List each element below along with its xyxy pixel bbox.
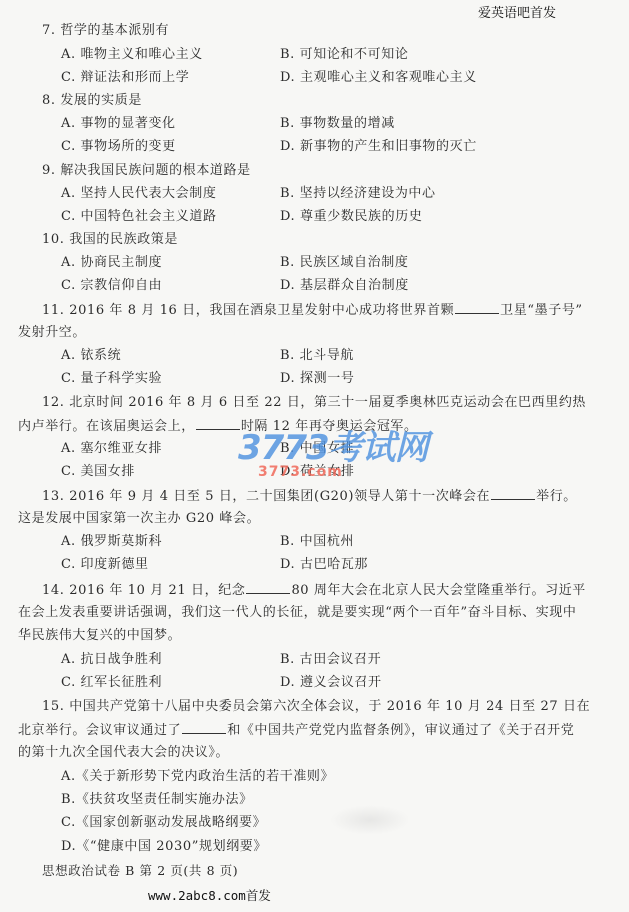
- question-10-option-c: C. 宗教信仰自由: [61, 277, 162, 295]
- question-9-option-a: A. 坚持人民代表大会制度: [61, 185, 216, 203]
- answer-blank: [455, 301, 499, 314]
- question-11-stem-line2: 发射升空。: [18, 324, 86, 342]
- question-7-option-c: C. 辩证法和形而上学: [61, 69, 189, 87]
- site-watermark: www.2abc8.com首发: [148, 886, 271, 904]
- question-9-stem: 9. 解决我国民族问题的根本道路是: [42, 162, 251, 180]
- question-7-stem: 7. 哲学的基本派别有: [42, 22, 169, 40]
- question-9-option-b: B. 坚持以经济建设为中心: [280, 185, 436, 203]
- question-13-option-c: C. 印度新德里: [61, 556, 149, 574]
- question-14-option-a: A. 抗日战争胜利: [61, 651, 162, 669]
- question-7-option-a: A. 唯物主义和唯心主义: [61, 46, 203, 64]
- question-10-stem: 10. 我国的民族政策是: [42, 231, 178, 249]
- scan-smudge: [330, 805, 410, 835]
- question-11-option-c: C. 量子科学实验: [61, 370, 162, 388]
- question-15-option-d: D.《“健康中国 2030”规划纲要》: [61, 838, 267, 856]
- answer-blank: [196, 417, 240, 430]
- question-8-stem: 8. 发展的实质是: [42, 92, 142, 110]
- question-15-option-b: B.《扶贫攻坚责任制实施办法》: [61, 791, 253, 809]
- question-15-option-c: C.《国家创新驱动发展战略纲要》: [61, 814, 266, 832]
- question-8-option-d: D. 新事物的产生和旧事物的灭亡: [280, 138, 477, 156]
- question-13-option-a: A. 俄罗斯莫斯科: [61, 533, 162, 551]
- question-13-option-b: B. 中国杭州: [280, 533, 354, 551]
- question-7-option-b: B. 可知论和不可知论: [280, 46, 408, 64]
- header-watermark: 爱英语吧首发: [478, 2, 556, 21]
- question-14-stem-line3: 华民族伟大复兴的中国梦。: [18, 627, 181, 645]
- question-11-stem-before: 11. 2016 年 8 月 16 日，我国在酒泉卫星发射中心成功将世界首颗: [42, 303, 454, 318]
- question-8-option-c: C. 事物场所的变更: [61, 138, 176, 156]
- question-13-stem-line2: 这是发展中国家第一次主办 G20 峰会。: [18, 510, 260, 528]
- question-14-option-c: C. 红军长征胜利: [61, 674, 162, 692]
- question-15-stem-line2: 北京举行。会议审议通过了和《中国共产党党内监督条例》，审议通过了《关于召开党: [18, 721, 574, 739]
- question-12-option-a: A. 塞尔维亚女排: [61, 440, 162, 458]
- question-12-stem-before: 内卢举行。在该届奥运会上，: [18, 419, 195, 434]
- question-10-option-d: D. 基层群众自治制度: [280, 277, 409, 295]
- question-13-option-d: D. 古巴哈瓦那: [280, 556, 368, 574]
- question-14-option-b: B. 古田会议召开: [280, 651, 381, 669]
- question-11-option-b: B. 北斗导航: [280, 347, 354, 365]
- question-9-option-d: D. 尊重少数民族的历史: [280, 208, 422, 226]
- question-8-option-b: B. 事物数量的增减: [280, 115, 395, 133]
- question-13-stem-after: 举行。: [536, 489, 577, 504]
- exam-page: 爱英语吧首发 7. 哲学的基本派别有 A. 唯物主义和唯心主义 B. 可知论和不…: [0, 0, 629, 912]
- question-8-option-a: A. 事物的显著变化: [61, 115, 176, 133]
- page-footer: 思想政治试卷 B 第 2 页(共 8 页): [42, 861, 238, 879]
- question-11-option-d: D. 探测一号: [280, 370, 354, 388]
- question-15-stem-before: 北京举行。会议审议通过了: [18, 723, 181, 738]
- logo-watermark: 3773考试网: [238, 430, 428, 466]
- question-10-option-a: A. 协商民主制度: [61, 254, 162, 272]
- question-11-stem-after: 卫星“墨子号”: [500, 303, 583, 318]
- question-14-stem: 14. 2016 年 10 月 21 日，纪念80 周年大会在北京人民大会堂隆重…: [42, 581, 586, 599]
- question-11-stem: 11. 2016 年 8 月 16 日，我国在酒泉卫星发射中心成功将世界首颗卫星…: [42, 301, 583, 319]
- question-14-stem-line2: 在会上发表重要讲话强调，我们这一代人的长征，就是要实现“两个一百年”奋斗目标、实…: [18, 604, 577, 622]
- answer-blank: [246, 581, 290, 594]
- question-7-option-d: D. 主观唯心主义和客观唯心主义: [280, 69, 477, 87]
- question-13-stem: 13. 2016 年 9 月 4 日至 5 日，二十国集团(G20)领导人第十一…: [42, 487, 577, 505]
- url-watermark: 3773.com: [258, 464, 343, 480]
- question-14-stem-before: 14. 2016 年 10 月 21 日，纪念: [42, 583, 245, 598]
- question-14-option-d: D. 遵义会议召开: [280, 674, 382, 692]
- question-13-stem-before: 13. 2016 年 9 月 4 日至 5 日，二十国集团(G20)领导人第十一…: [42, 489, 490, 504]
- question-15-stem: 15. 中国共产党第十八届中央委员会第六次全体会议，于 2016 年 10 月 …: [42, 698, 590, 716]
- question-11-option-a: A. 铱系统: [61, 347, 121, 365]
- question-15-stem-after: 和《中国共产党党内监督条例》，审议通过了《关于召开党: [227, 723, 574, 738]
- answer-blank: [491, 487, 535, 500]
- question-14-stem-after: 80 周年大会在北京人民大会堂隆重举行。习近平: [291, 583, 585, 598]
- question-9-option-c: C. 中国特色社会主义道路: [61, 208, 217, 226]
- question-12-stem: 12. 北京时间 2016 年 8 月 6 日至 22 日，第三十一届夏季奥林匹…: [42, 394, 586, 412]
- question-15-option-a: A.《关于新形势下党内政治生活的若干准则》: [61, 768, 334, 786]
- answer-blank: [182, 721, 226, 734]
- question-12-option-c: C. 美国女排: [61, 463, 135, 481]
- question-15-stem-line3: 的第十九次全国代表大会的决议》。: [18, 744, 229, 762]
- question-10-option-b: B. 民族区域自治制度: [280, 254, 408, 272]
